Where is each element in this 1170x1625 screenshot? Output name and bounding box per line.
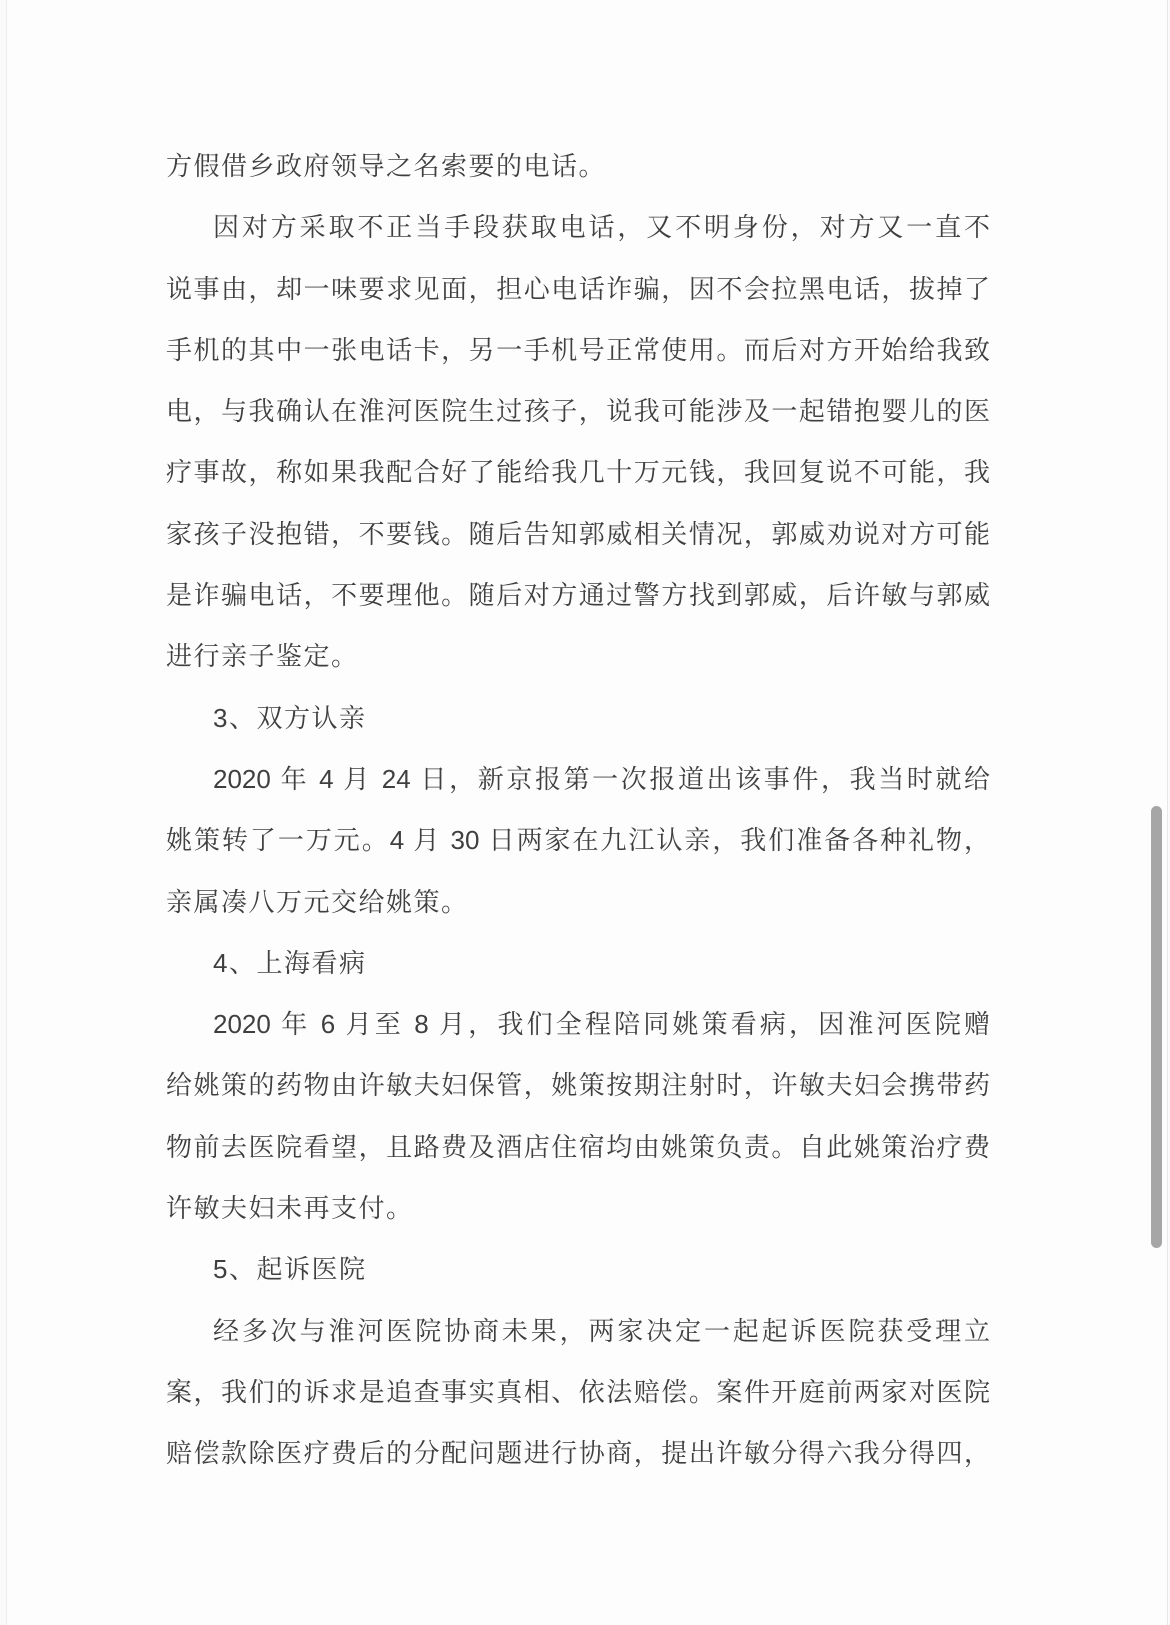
- text-line: 4、上海看病: [166, 933, 990, 994]
- text-line: 物前去医院看望，且路费及酒店住宿均由姚策负责。自此姚策治疗费: [166, 1117, 990, 1178]
- text-line: 说事由，却一味要求见面，担心电话诈骗，因不会拉黑电话，拔掉了: [166, 259, 990, 320]
- document-page: 方假借乡政府领导之名索要的电话。因对方采取不正当手段获取电话，又不明身份，对方又…: [6, 0, 1168, 1625]
- text-line: 亲属凑八万元交给姚策。: [166, 872, 990, 933]
- text-line: 许敏夫妇未再支付。: [166, 1178, 990, 1239]
- text-line: 2020 年 6 月至 8 月，我们全程陪同姚策看病，因淮河医院赠: [166, 994, 990, 1055]
- text-line: 姚策转了一万元。4 月 30 日两家在九江认亲，我们准备各种礼物，: [166, 810, 990, 871]
- document-text: 方假借乡政府领导之名索要的电话。因对方采取不正当手段获取电话，又不明身份，对方又…: [166, 136, 990, 1485]
- text-line: 经多次与淮河医院协商未果，两家决定一起起诉医院获受理立: [166, 1301, 990, 1362]
- text-line: 给姚策的药物由许敏夫妇保管，姚策按期注射时，许敏夫妇会携带药: [166, 1055, 990, 1116]
- text-line: 是诈骗电话，不要理他。随后对方通过警方找到郭威，后许敏与郭威: [166, 565, 990, 626]
- scrollbar-thumb[interactable]: [1151, 806, 1162, 1248]
- text-line: 3、双方认亲: [166, 688, 990, 749]
- text-line: 进行亲子鉴定。: [166, 626, 990, 687]
- text-line: 赔偿款除医疗费后的分配问题进行协商，提出许敏分得六我分得四，: [166, 1423, 990, 1484]
- text-line: 疗事故，称如果我配合好了能给我几十万元钱，我回复说不可能，我: [166, 442, 990, 503]
- text-line: 2020 年 4 月 24 日，新京报第一次报道出该事件，我当时就给: [166, 749, 990, 810]
- text-line: 案，我们的诉求是追查事实真相、依法赔偿。案件开庭前两家对医院: [166, 1362, 990, 1423]
- text-line: 因对方采取不正当手段获取电话，又不明身份，对方又一直不: [166, 197, 990, 258]
- text-line: 电，与我确认在淮河医院生过孩子，说我可能涉及一起错抱婴儿的医: [166, 381, 990, 442]
- text-line: 方假借乡政府领导之名索要的电话。: [166, 136, 990, 197]
- text-line: 5、起诉医院: [166, 1239, 990, 1300]
- text-line: 手机的其中一张电话卡，另一手机号正常使用。而后对方开始给我致: [166, 320, 990, 381]
- text-line: 家孩子没抱错，不要钱。随后告知郭威相关情况，郭威劝说对方可能: [166, 504, 990, 565]
